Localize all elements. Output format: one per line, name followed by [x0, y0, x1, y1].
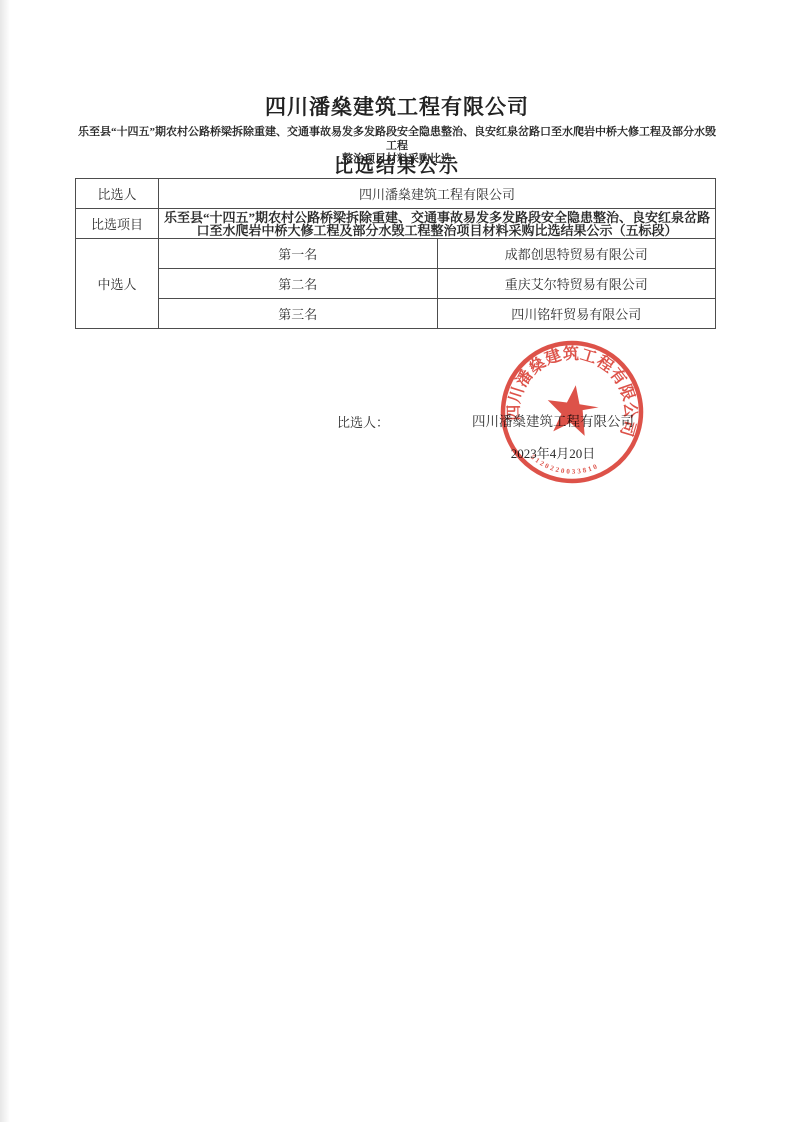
table-row-winner-2: 第二名 重庆艾尔特贸易有限公司 — [76, 269, 716, 299]
signature-block: 四川潘燊建筑工程有限公司 2023年4月20日 — [468, 410, 638, 462]
rank-2-cell: 第二名 — [159, 269, 438, 299]
signature-company: 四川潘燊建筑工程有限公司 — [468, 410, 638, 430]
signature-label: 比选人： — [337, 412, 389, 431]
winner-label-cell: 中选人 — [76, 239, 159, 329]
page-title: 四川潘燊建筑工程有限公司 — [0, 91, 794, 121]
project-value-cell: 乐至县“十四五”期农村公路桥梁拆除重建、交通事故易发多发路段安全隐患整治、良安红… — [159, 209, 716, 239]
table-row-bidder: 比选人 四川潘燊建筑工程有限公司 — [76, 179, 716, 209]
rank-2-company-cell: 重庆艾尔特贸易有限公司 — [437, 269, 716, 299]
table-row-winner-3: 第三名 四川铭轩贸易有限公司 — [76, 299, 716, 329]
signature-date: 2023年4月20日 — [468, 443, 638, 462]
section-title: 比选结果公示 — [0, 151, 794, 178]
project-label-cell: 比选项目 — [76, 209, 159, 239]
bidder-label-cell: 比选人 — [76, 179, 159, 209]
bid-result-table: 比选人 四川潘燊建筑工程有限公司 比选项目 乐至县“十四五”期农村公路桥梁拆除重… — [75, 178, 716, 329]
rank-3-cell: 第三名 — [159, 299, 438, 329]
document-page: { "header": { "company_title": "四川潘燊建筑工程… — [0, 0, 794, 1122]
project-subtitle-line1: 乐至县“十四五”期农村公路桥梁拆除重建、交通事故易发多发路段安全隐患整治、良安红… — [78, 126, 716, 152]
table-row-project: 比选项目 乐至县“十四五”期农村公路桥梁拆除重建、交通事故易发多发路段安全隐患整… — [76, 209, 716, 239]
table-row-winner-1: 中选人 第一名 成都创思特贸易有限公司 — [76, 239, 716, 269]
rank-1-company-cell: 成都创思特贸易有限公司 — [437, 239, 716, 269]
bidder-value-cell: 四川潘燊建筑工程有限公司 — [159, 179, 716, 209]
rank-3-company-cell: 四川铭轩贸易有限公司 — [437, 299, 716, 329]
rank-1-cell: 第一名 — [159, 239, 438, 269]
